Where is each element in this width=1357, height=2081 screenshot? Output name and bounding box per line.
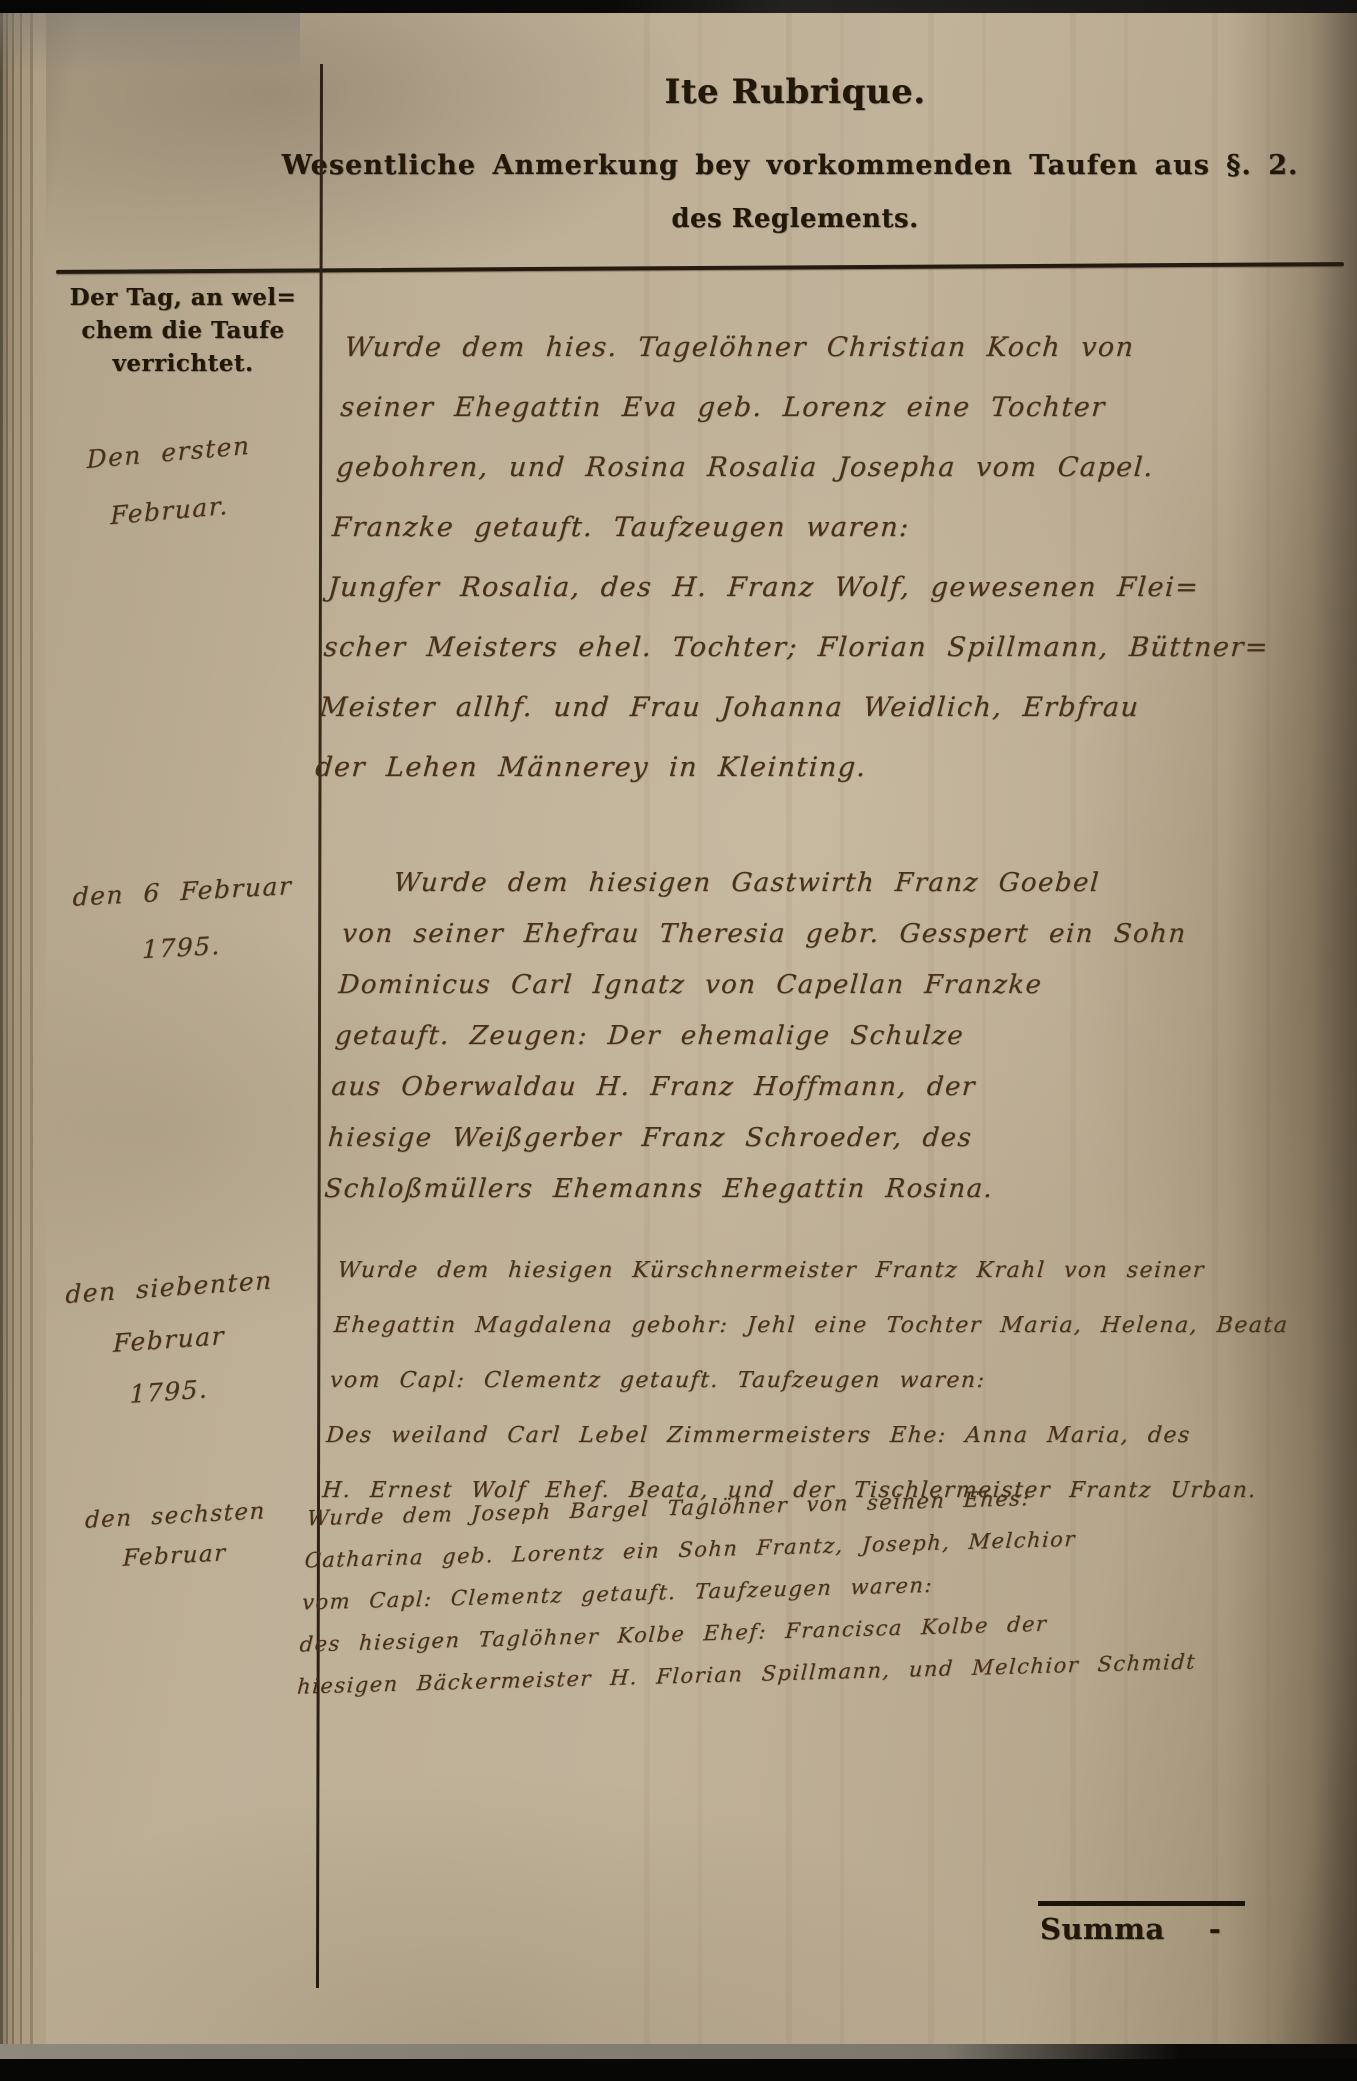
entry-line: Schloßmüllers Ehemanns Ehegattin Rosina. <box>323 1164 1327 1215</box>
top-left-shadow <box>0 13 300 73</box>
entry-line: Meister allhf. und Frau Johanna Weidlich… <box>317 678 1331 738</box>
date-column-header-line: Der Tag, an wel= <box>52 281 314 314</box>
summa-dash: - <box>1209 1912 1222 1946</box>
entry-line: Ehegattin Magdalena gebohr: Jehl eine To… <box>332 1298 1356 1353</box>
summa-rule <box>1038 1901 1245 1906</box>
date-column-header-line: chem die Taufe <box>52 314 314 347</box>
entry-line: vom Capl: Clementz getauft. Taufzeugen w… <box>328 1353 1352 1408</box>
register-entry-4: Wurde dem Joseph Bargel Taglöhner von se… <box>296 1468 1348 1707</box>
entry-line: aus Oberwaldau H. Franz Hoffmann, der <box>330 1062 1334 1113</box>
entry-line: gebohren, und Rosina Rosalia Josepha vom… <box>334 438 1348 498</box>
photo-bottom-edge <box>0 2059 1357 2081</box>
entry-line: Des weiland Carl Lebel Zimmermeisters Eh… <box>324 1408 1348 1463</box>
photo-top-edge <box>0 0 1357 13</box>
entry-line: Wurde dem hiesigen Gastwirth Franz Goebe… <box>344 858 1348 909</box>
photo-bottom-table-edge <box>0 2044 1180 2059</box>
header-note-line-1: Wesentliche Anmerkung bey vorkommenden T… <box>235 150 1345 181</box>
entry-line: scher Meisters ehel. Tochter; Florian Sp… <box>322 618 1336 678</box>
register-entry-2: Wurde dem hiesigen Gastwirth Franz Goebe… <box>323 858 1348 1215</box>
date-entry-1: Den ersten Februar. <box>53 414 284 550</box>
date-entry-2: den 6 Februar 1795. <box>61 858 303 983</box>
entry-line: getauft. Zeugen: Der ehemalige Schulze <box>333 1011 1337 1062</box>
register-entry-1: Wurde dem hies. Tagelöhner Christian Koc… <box>313 318 1357 798</box>
rubrique-title: Ite Rubrique. <box>260 72 1330 112</box>
entry-line: Wurde dem hiesigen Kürschnermeister Fran… <box>336 1243 1357 1298</box>
date-column-header: Der Tag, an wel= chem die Taufe verricht… <box>52 281 314 380</box>
book-page-stack-edge <box>0 13 46 2044</box>
entry-line: Dominicus Carl Ignatz von Capellan Franz… <box>337 960 1341 1011</box>
date-entry-3: den siebenten Februar 1795. <box>44 1253 293 1427</box>
header-note-line-2: des Reglements. <box>260 204 1330 234</box>
entry-line: seiner Ehegattin Eva geb. Lorenz eine To… <box>338 378 1352 438</box>
summa-row: Summa - <box>1040 1912 1300 1946</box>
entry-line: Jungfer Rosalia, des H. Franz Wolf, gewe… <box>326 558 1340 618</box>
date-column-header-line: verrichtet. <box>52 347 314 380</box>
date-line: den sechsten Februar <box>29 1488 320 1583</box>
summa-label: Summa <box>1040 1912 1165 1946</box>
date-entry-4: den sechsten Februar <box>29 1488 320 1583</box>
entry-line: Franzke getauft. Taufzeugen waren: <box>330 498 1344 558</box>
entry-line: hiesige Weißgerber Franz Schroeder, des <box>326 1113 1330 1164</box>
entry-line: Wurde dem hies. Tagelöhner Christian Koc… <box>343 318 1357 378</box>
entry-line: von seiner Ehefrau Theresia gebr. Gesspe… <box>340 909 1344 960</box>
entry-line: der Lehen Männerey in Kleinting. <box>313 738 1327 798</box>
